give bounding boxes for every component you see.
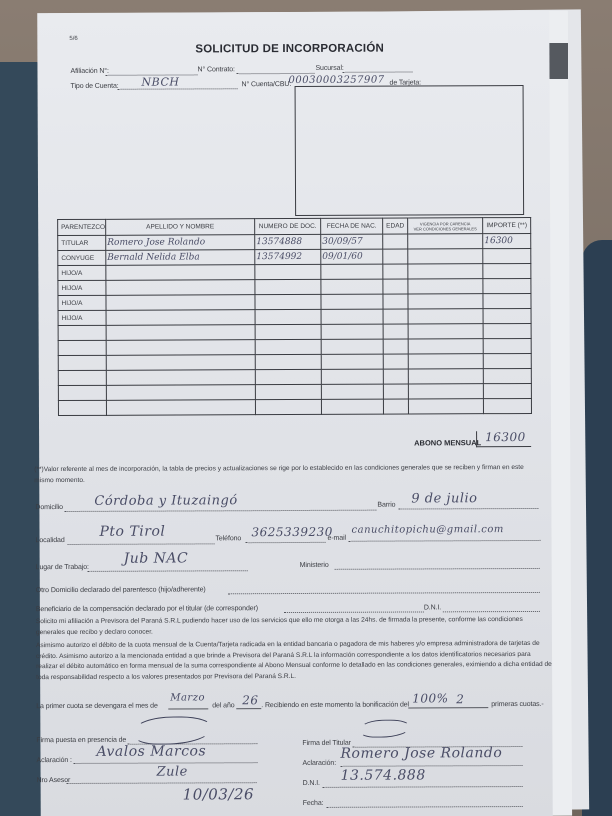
- barrio-value[interactable]: 9 de julio: [411, 491, 477, 506]
- cell-parentezco: HIJO/A: [58, 265, 106, 280]
- form-sheet: 5/6 SOLICITUD DE INCORPORACIÓN Afiliació…: [37, 11, 553, 816]
- legal-paragraph-2: Asimismo autorizo el débito de la cuota …: [36, 639, 552, 684]
- binder-tab: [547, 43, 568, 79]
- localidad-label: Localidad: [36, 537, 65, 544]
- cell-parentezco: [58, 355, 106, 370]
- cell-documento[interactable]: [255, 264, 321, 279]
- bonif-field[interactable]: [408, 707, 488, 708]
- aclaracion-right-field[interactable]: [341, 765, 523, 767]
- email-label: e-mail: [328, 535, 346, 542]
- cell-fecha-nac[interactable]: [321, 399, 383, 414]
- legal-paragraph-1: Solicito mi afiliación a Previsora del P…: [36, 615, 550, 638]
- cell-edad[interactable]: [383, 324, 408, 339]
- year-value[interactable]: 26: [242, 693, 258, 707]
- aclaracion-right-label: Aclaración:: [302, 760, 336, 767]
- cell-nombre[interactable]: [106, 280, 255, 296]
- bonif-value[interactable]: 100%: [412, 691, 448, 705]
- cell-vigencia[interactable]: [408, 294, 483, 309]
- cell-edad[interactable]: [383, 369, 408, 384]
- domicilio-field[interactable]: [64, 510, 376, 512]
- cuenta-cbu-value[interactable]: 00030003257907: [289, 75, 385, 86]
- beneficiario-dni-label: D.N.I.: [424, 604, 441, 611]
- cell-documento[interactable]: [255, 294, 321, 309]
- cell-fecha-nac[interactable]: [321, 324, 383, 339]
- cell-nombre[interactable]: Romero Jose Rolando: [106, 235, 255, 251]
- dni-field[interactable]: [323, 786, 523, 788]
- fecha-field[interactable]: [327, 806, 523, 808]
- family-table: PARENTEZCO APELLIDO Y NOMBRE NUMERO DE D…: [57, 217, 532, 416]
- cell-vigencia[interactable]: [408, 369, 483, 384]
- cell-fecha-nac[interactable]: [321, 264, 383, 279]
- cell-parentezco: [58, 340, 106, 355]
- aclaracion-right-value[interactable]: Romero Jose Rolando: [340, 745, 502, 762]
- beneficiario-label: Beneficiario de la compensación declarad…: [36, 605, 258, 613]
- cell-documento[interactable]: [255, 384, 321, 399]
- cell-fecha-nac[interactable]: [321, 339, 383, 354]
- cell-parentezco: [58, 385, 106, 400]
- col-vigencia-subtitle: VER CONDICIONES GENERALES: [414, 226, 477, 231]
- cell-vigencia[interactable]: [408, 399, 483, 414]
- form-title: SOLICITUD DE INCORPORACIÓN: [195, 43, 384, 56]
- asesor-value[interactable]: Zule: [157, 764, 188, 779]
- localidad-value[interactable]: Pto Tirol: [99, 524, 165, 540]
- cell-fecha-nac[interactable]: [321, 309, 383, 324]
- cell-documento[interactable]: [255, 369, 321, 384]
- handwritten-date: 10/03/26: [183, 785, 254, 803]
- telefono-label: Teléfono: [216, 535, 242, 542]
- cell-nombre[interactable]: [106, 295, 255, 311]
- cell-documento[interactable]: [255, 399, 321, 414]
- email-value[interactable]: canuchitopichu@gmail.com: [351, 524, 503, 536]
- cell-fecha-nac[interactable]: [321, 294, 383, 309]
- asesor-field[interactable]: [67, 782, 257, 784]
- sucursal-field[interactable]: [342, 71, 412, 72]
- cell-nombre[interactable]: Bernald Nelida Elba: [106, 250, 255, 266]
- cell-nombre[interactable]: [106, 400, 255, 416]
- cell-edad[interactable]: [383, 339, 408, 354]
- contrato-label: N° Contrato:: [197, 66, 234, 73]
- col-importe: IMPORTE (**): [483, 217, 531, 233]
- cell-edad[interactable]: [383, 309, 408, 324]
- footnote: (**)Valor referente al mes de incorporac…: [34, 463, 544, 486]
- cell-parentezco: [58, 400, 106, 415]
- cell-edad[interactable]: [383, 249, 408, 264]
- table-row: [58, 398, 531, 415]
- beneficiario-field[interactable]: [284, 611, 424, 613]
- cell-nombre[interactable]: [106, 370, 255, 386]
- cell-edad[interactable]: [383, 384, 408, 399]
- barrio-field[interactable]: [398, 508, 538, 510]
- cell-vigencia[interactable]: [408, 279, 483, 294]
- email-field[interactable]: [349, 540, 541, 542]
- col-nombre: APELLIDO Y NOMBRE: [106, 219, 255, 236]
- sucursal-label: Sucursal:: [315, 65, 343, 72]
- cell-parentezco: TITULAR: [58, 235, 106, 250]
- cell-importe[interactable]: [483, 398, 531, 413]
- cell-edad[interactable]: [383, 234, 408, 249]
- domicilio-label: Domicilio: [35, 504, 63, 511]
- cell-edad[interactable]: [383, 279, 408, 294]
- card-attachment-box: [295, 85, 525, 216]
- cell-nombre[interactable]: [106, 385, 255, 401]
- afiliacion-label: Afiliación N°:: [70, 68, 108, 75]
- cell-edad[interactable]: [383, 294, 408, 309]
- cell-documento[interactable]: [255, 339, 321, 354]
- mes-field[interactable]: [168, 708, 208, 709]
- cuenta-cbu-label: N° Cuenta/CBU:: [242, 81, 292, 88]
- cell-importe[interactable]: [483, 323, 531, 338]
- cell-vigencia[interactable]: [408, 339, 483, 354]
- otro-domicilio-field[interactable]: [228, 592, 540, 594]
- titular-signature: [360, 719, 410, 737]
- cell-edad[interactable]: [383, 399, 408, 414]
- otro-domicilio-label: Otro Domicilio declarado del parentesco …: [36, 586, 206, 594]
- cell-documento[interactable]: 13574888: [255, 234, 321, 249]
- cell-importe[interactable]: [483, 248, 531, 263]
- beneficiario-dni-field[interactable]: [443, 611, 540, 612]
- cell-vigencia[interactable]: [408, 309, 483, 324]
- asesor-label: Nro Asesor: [37, 777, 71, 784]
- dni-label: D.N.I.: [303, 780, 320, 787]
- year-label: del año: [212, 702, 234, 709]
- col-parentezco: PARENTEZCO: [58, 219, 106, 235]
- cell-importe[interactable]: [483, 368, 531, 383]
- cell-importe[interactable]: [483, 278, 531, 293]
- cell-importe[interactable]: 16300: [483, 233, 531, 248]
- cuotas-value[interactable]: 2: [456, 692, 464, 706]
- cell-fecha-nac[interactable]: 30/09/57: [321, 234, 383, 249]
- cell-fecha-nac[interactable]: [321, 279, 383, 294]
- aclaracion-left-label: Aclaración :: [36, 757, 71, 764]
- tipo-cuenta-value[interactable]: NBCH: [142, 76, 180, 89]
- aclaracion-left-value[interactable]: Avalos Marcos: [96, 743, 206, 759]
- col-fecha-nac: FECHA DE NAC.: [321, 218, 383, 234]
- cell-nombre[interactable]: [106, 340, 255, 356]
- cell-vigencia[interactable]: [408, 384, 483, 399]
- cell-importe[interactable]: [483, 308, 531, 323]
- cell-edad[interactable]: [383, 264, 408, 279]
- advisor-signature: [134, 716, 212, 744]
- cell-nombre[interactable]: [106, 265, 255, 281]
- cell-fecha-nac[interactable]: 09/01/60: [321, 249, 383, 264]
- cell-vigencia[interactable]: [408, 354, 483, 369]
- cell-documento[interactable]: 13574992: [255, 249, 321, 264]
- telefono-value[interactable]: 3625339230: [251, 525, 332, 539]
- cell-vigencia[interactable]: [408, 324, 483, 339]
- year-field[interactable]: [236, 708, 261, 709]
- cell-parentezco: HIJO/A: [58, 280, 106, 295]
- cell-vigencia[interactable]: [408, 249, 483, 264]
- ministerio-field[interactable]: [335, 568, 540, 570]
- cell-importe[interactable]: [483, 338, 531, 353]
- telefono-field[interactable]: [246, 542, 326, 543]
- cell-nombre[interactable]: [106, 310, 255, 326]
- cell-fecha-nac[interactable]: [321, 369, 383, 384]
- cell-fecha-nac[interactable]: [321, 384, 383, 399]
- col-vigencia: VIGENCIA POR CARENCIAVER CONDICIONES GEN…: [408, 218, 483, 234]
- page-ref: 5/6: [69, 36, 77, 42]
- col-documento: NUMERO DE DOC.: [255, 218, 321, 234]
- cell-parentezco: HIJO/A: [58, 295, 106, 310]
- cell-vigencia[interactable]: [408, 234, 483, 249]
- cell-documento[interactable]: [255, 354, 321, 369]
- cell-documento[interactable]: [255, 309, 321, 324]
- barrio-label: Barrio: [377, 502, 395, 509]
- cell-importe[interactable]: [483, 293, 531, 308]
- cell-importe[interactable]: [483, 353, 531, 368]
- cell-nombre[interactable]: [106, 355, 255, 371]
- cell-documento[interactable]: [255, 324, 321, 339]
- abono-value[interactable]: 16300: [485, 430, 526, 444]
- first-payment-middle: . Recibiendo en este momento la bonifica…: [261, 702, 409, 710]
- cell-edad[interactable]: [383, 354, 408, 369]
- tipo-cuenta-label: Tipo de Cuenta:: [71, 83, 119, 90]
- cell-documento[interactable]: [255, 279, 321, 294]
- abono-label: ABONO MENSUAL: [414, 438, 481, 447]
- cell-parentezco: [58, 325, 106, 340]
- fecha-label: Fecha:: [303, 800, 324, 807]
- cell-parentezco: [58, 370, 106, 385]
- cell-importe[interactable]: [483, 263, 531, 278]
- col-edad: EDAD: [383, 218, 408, 234]
- mes-value[interactable]: Marzo: [170, 692, 205, 703]
- localidad-field[interactable]: [68, 543, 215, 545]
- ministerio-label: Ministerio: [300, 562, 329, 569]
- cell-importe[interactable]: [483, 383, 531, 398]
- cell-parentezco: CONYUGE: [58, 250, 106, 265]
- first-payment-suffix: primeras cuotas.-: [491, 701, 543, 708]
- cell-fecha-nac[interactable]: [321, 354, 383, 369]
- cell-vigencia[interactable]: [408, 264, 483, 279]
- cell-nombre[interactable]: [106, 325, 255, 341]
- dni-value[interactable]: 13.574.888: [341, 767, 426, 783]
- lugar-trabajo-field[interactable]: [88, 570, 248, 572]
- lugar-trabajo-label: Lugar de Trabajo:: [36, 564, 89, 571]
- lugar-trabajo-value[interactable]: Jub NAC: [124, 550, 189, 566]
- first-payment-prefix: La primer cuota se devengara el mes de: [36, 703, 158, 711]
- cell-parentezco: HIJO/A: [58, 310, 106, 325]
- domicilio-value[interactable]: Córdoba y Ituzaingó: [94, 493, 237, 509]
